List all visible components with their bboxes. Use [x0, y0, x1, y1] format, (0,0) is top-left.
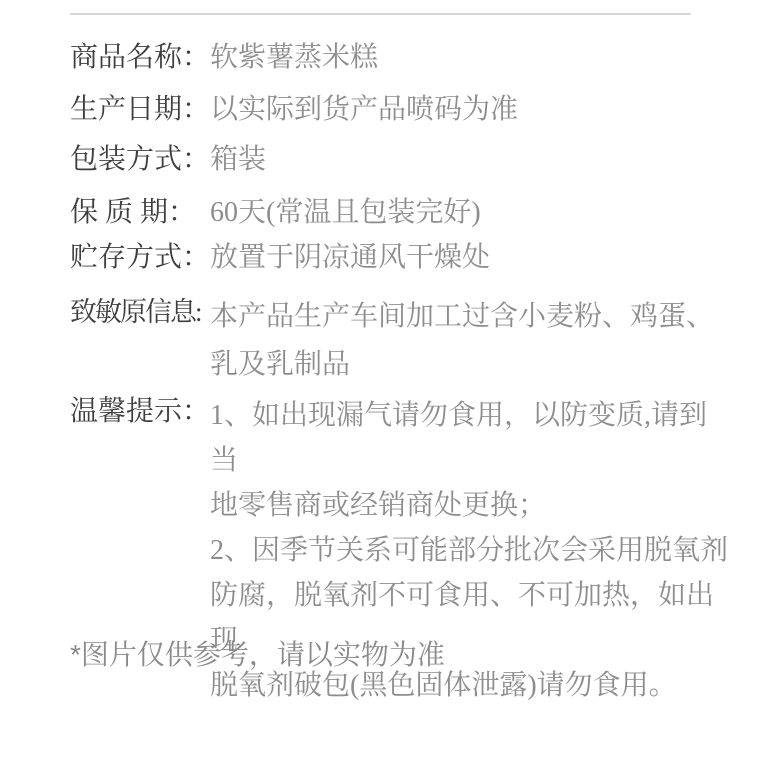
production-date-label: 生产日期：: [70, 91, 210, 129]
spec-row-allergen: 致敏原信息: 本产品生产车间加工过含小麦粉、鸡蛋、 乳及乳制品: [70, 293, 730, 389]
spec-row-shelf-life: 保 质 期： 60天(常温且包装完好): [70, 194, 730, 232]
shelf-life-value: 60天(常温且包装完好): [210, 194, 481, 232]
production-date-value: 以实际到货产品喷码为准: [210, 91, 518, 129]
allergen-line: 本产品生产车间加工过含小麦粉、鸡蛋、: [210, 293, 714, 341]
product-name-value: 软紫薯蒸米糕: [210, 39, 378, 77]
spec-row-storage: 贮存方式： 放置于阴凉通风干燥处: [70, 239, 730, 277]
spec-row-packaging: 包装方式： 箱装: [70, 141, 730, 179]
top-divider: [70, 13, 691, 15]
packaging-value: 箱装: [210, 141, 266, 179]
tips-line: 2、因季节关系可能部分批次会采用脱氧剂: [210, 528, 730, 573]
allergen-line: 乳及乳制品: [210, 341, 714, 389]
storage-value: 放置于阴凉通风干燥处: [210, 239, 490, 277]
storage-label: 贮存方式：: [70, 239, 210, 277]
image-disclaimer-note: *图片仅供参考，请以实物为准: [70, 637, 445, 673]
packaging-label: 包装方式：: [70, 141, 210, 179]
product-name-label: 商品名称：: [70, 39, 210, 77]
tips-line: 地零售商或经销商处更换；: [210, 483, 730, 528]
shelf-life-label: 保 质 期：: [70, 194, 210, 232]
tips-line: 1、如出现漏气请勿食用，以防变质,请到当: [210, 393, 730, 483]
spec-row-production-date: 生产日期： 以实际到货产品喷码为准: [70, 91, 730, 129]
allergen-value: 本产品生产车间加工过含小麦粉、鸡蛋、 乳及乳制品: [210, 293, 714, 389]
product-info-sheet: 商品名称： 软紫薯蒸米糕 生产日期： 以实际到货产品喷码为准 包装方式： 箱装 …: [0, 0, 757, 757]
allergen-label: 致敏原信息:: [70, 293, 210, 331]
tips-label: 温馨提示：: [70, 393, 210, 431]
spec-row-product-name: 商品名称： 软紫薯蒸米糕: [70, 39, 730, 77]
